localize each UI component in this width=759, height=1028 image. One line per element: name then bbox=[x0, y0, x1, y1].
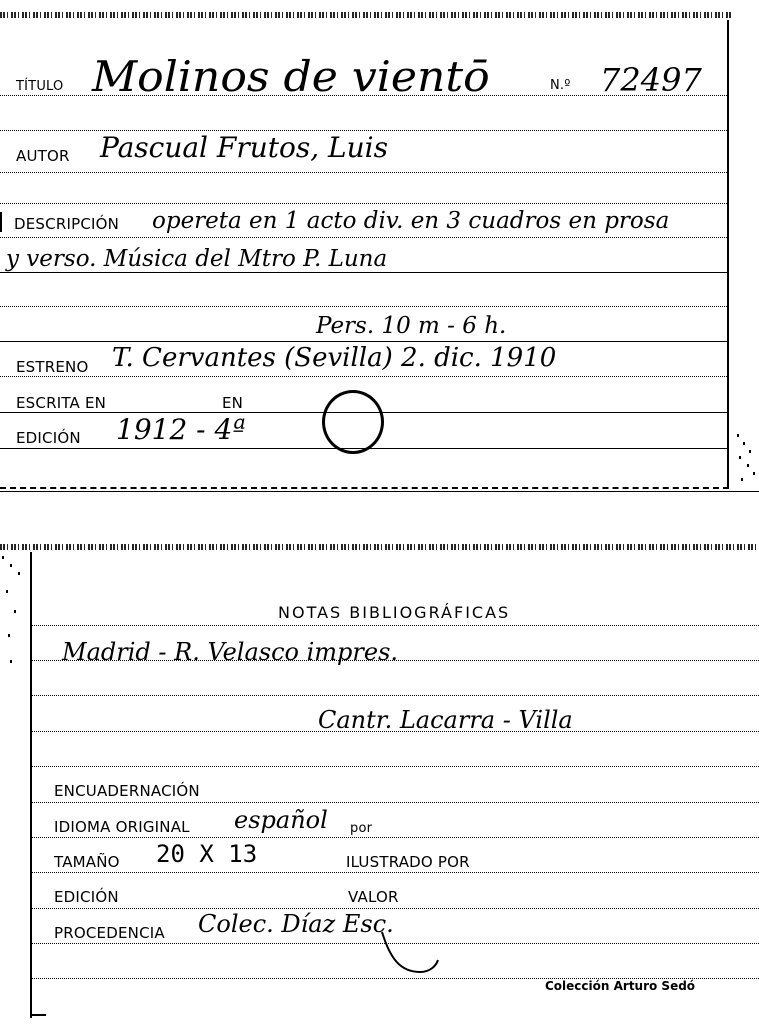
edicion-value: 1912 - 4ª bbox=[116, 416, 246, 444]
rule-line bbox=[0, 172, 727, 173]
ilustrado-por-label: ILUSTRADO POR bbox=[346, 855, 470, 870]
estreno-label: ESTRENO bbox=[16, 360, 89, 375]
procedencia-label: PROCEDENCIA bbox=[54, 926, 165, 941]
card-right-border bbox=[727, 20, 729, 488]
escrita-en-label: ESCRITA EN bbox=[16, 396, 106, 411]
tick-mark bbox=[0, 212, 2, 232]
edicion-label-2: EDICIÓN bbox=[54, 890, 119, 905]
scan-speckle bbox=[0, 550, 26, 680]
rule-line bbox=[32, 908, 759, 909]
estreno-value: T. Cervantes (Sevilla) 2. dic. 1910 bbox=[112, 345, 556, 371]
card-left-border bbox=[30, 552, 32, 1018]
notas-heading: NOTAS BIBLIOGRÁFICAS bbox=[278, 603, 510, 622]
circle-stamp bbox=[322, 390, 384, 454]
rule-line bbox=[0, 376, 727, 377]
nota-line-2: Cantr. Lacarra - Villa bbox=[318, 708, 573, 732]
tamano-label: TAMAÑO bbox=[54, 855, 120, 870]
scan-border-noise bbox=[0, 12, 732, 18]
card-separator bbox=[0, 491, 759, 492]
catalog-card-front: TÍTULO Molinos de vientō N.º 72497 AUTOR… bbox=[0, 12, 732, 488]
rule-line bbox=[0, 341, 727, 342]
idioma-original-label: IDIOMA ORIGINAL bbox=[54, 820, 190, 835]
scan-speckle bbox=[733, 430, 759, 490]
titulo-label: TÍTULO bbox=[16, 80, 63, 93]
catalog-card-back: NOTAS BIBLIOGRÁFICAS Madrid - R. Velasco… bbox=[30, 548, 759, 1018]
descripcion-line-2: y verso. Música del Mtro P. Luna bbox=[6, 248, 387, 271]
rule-line bbox=[32, 872, 759, 873]
rule-line bbox=[0, 203, 727, 204]
autor-label: AUTOR bbox=[16, 149, 70, 164]
descripcion-label: DESCRIPCIÓN bbox=[14, 217, 119, 232]
rule-line bbox=[0, 306, 727, 307]
edicion-label: EDICIÓN bbox=[16, 431, 81, 446]
rule-line bbox=[32, 802, 759, 803]
rule-line bbox=[32, 766, 759, 767]
numero-value: 72497 bbox=[600, 64, 702, 96]
handwriting-flourish bbox=[380, 928, 440, 978]
descripcion-line-1: opereta en 1 acto div. en 3 cuadros en p… bbox=[152, 210, 669, 233]
rule-line bbox=[32, 837, 759, 838]
rule-line bbox=[32, 625, 759, 626]
descripcion-line-3: Pers. 10 m - 6 h. bbox=[316, 315, 506, 338]
idioma-original-value: español bbox=[234, 808, 328, 832]
autor-value: Pascual Frutos, Luis bbox=[100, 134, 388, 162]
titulo-value: Molinos de vientō bbox=[92, 56, 490, 98]
rule-line bbox=[0, 237, 727, 238]
encuadernacion-label: ENCUADERNACIÓN bbox=[54, 784, 200, 799]
rule-line bbox=[0, 272, 727, 273]
corner-mark bbox=[30, 1014, 46, 1016]
tamano-value: 20 X 13 bbox=[156, 842, 257, 866]
nota-line-1: Madrid - R. Velasco impres. bbox=[62, 640, 398, 664]
numero-label: N.º bbox=[550, 79, 571, 92]
rule-line bbox=[32, 695, 759, 696]
valor-label: VALOR bbox=[348, 890, 399, 905]
en-label: EN bbox=[222, 396, 243, 411]
collection-footer: Colección Arturo Sedó bbox=[545, 979, 695, 993]
card-bottom-border bbox=[0, 487, 729, 489]
por-label: por bbox=[350, 822, 372, 835]
scan-border-noise bbox=[0, 544, 759, 550]
procedencia-value: Colec. Díaz Esc. bbox=[198, 912, 394, 936]
